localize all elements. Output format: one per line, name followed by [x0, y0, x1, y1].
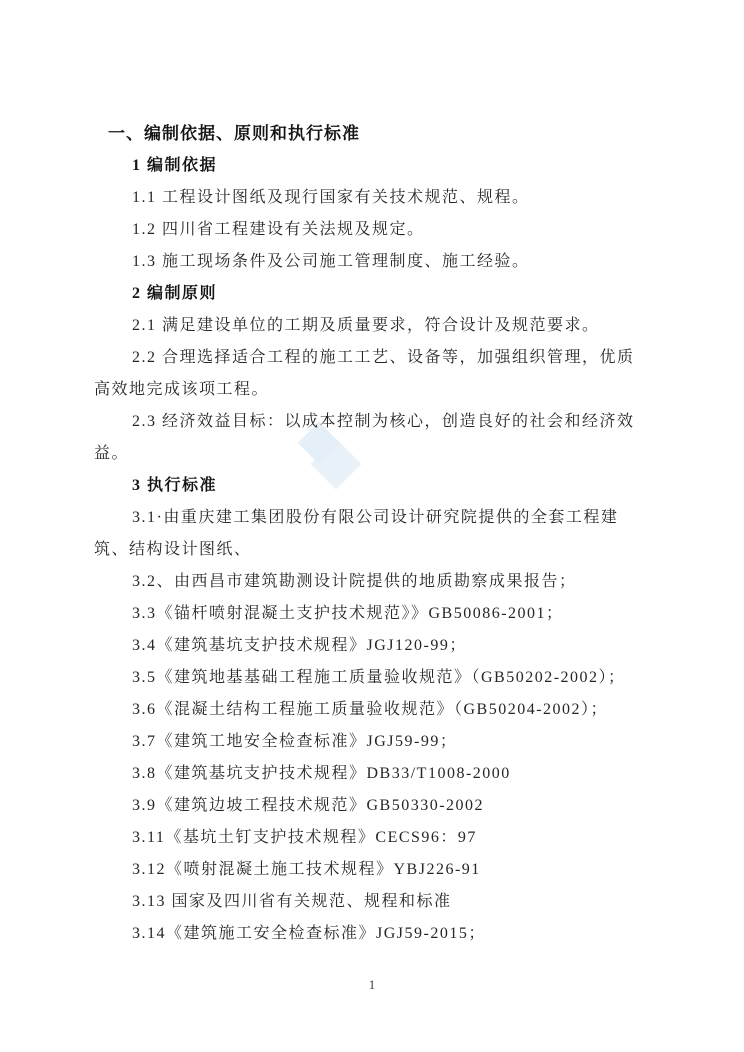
document-page: 一、编制依据、原则和执行标准 1 编制依据 1.1 工程设计图纸及现行国家有关技… [0, 0, 744, 1052]
document-body: 一、编制依据、原则和执行标准 1 编制依据 1.1 工程设计图纸及现行国家有关技… [94, 118, 646, 950]
section-compilation-principles: 2 编制原则 2.1 满足建设单位的工期及质量要求，符合设计及规范要求。 2.2… [94, 278, 646, 470]
paragraph: 3.7《建筑工地安全检查标准》JGJ59-99； [94, 726, 646, 758]
paragraph: 3.14《建筑施工安全检查标准》JGJ59-2015； [94, 918, 646, 950]
paragraph: 2.2 合理选择适合工程的施工工艺、设备等，加强组织管理，优质高效地完成该项工程… [94, 342, 646, 406]
paragraph: 3.9《建筑边坡工程技术规范》GB50330-2002 [94, 790, 646, 822]
paragraph: 1.2 四川省工程建设有关法规及规定。 [94, 214, 646, 246]
paragraph: 3.3《锚杆喷射混凝土支护技术规范》》GB50086-2001； [94, 598, 646, 630]
paragraph: 1.3 施工现场条件及公司施工管理制度、施工经验。 [94, 246, 646, 278]
paragraph: 3.6《混凝土结构工程施工质量验收规范》（GB50204-2002）； [94, 694, 646, 726]
paragraph: 3.12《喷射混凝土施工技术规程》YBJ226-91 [94, 854, 646, 886]
section-heading: 1 编制依据 [94, 150, 646, 182]
paragraph: 3.2、由西昌市建筑勘测设计院提供的地质勘察成果报告； [94, 566, 646, 598]
paragraph: 1.1 工程设计图纸及现行国家有关技术规范、规程。 [94, 182, 646, 214]
paragraph: 2.3 经济效益目标：以成本控制为核心，创造良好的社会和经济效益。 [94, 406, 646, 470]
document-title: 一、编制依据、原则和执行标准 [94, 118, 646, 150]
paragraph: 3.11《基坑土钉支护技术规程》CECS96：97 [94, 822, 646, 854]
page-footer: 1 [0, 976, 744, 994]
section-compilation-basis: 1 编制依据 1.1 工程设计图纸及现行国家有关技术规范、规程。 1.2 四川省… [94, 150, 646, 278]
page-number: 1 [369, 977, 376, 992]
paragraph: 3.5《建筑地基基础工程施工质量验收规范》（GB50202-2002）； [94, 662, 646, 694]
section-execution-standards: 3 执行标准 3.1·由重庆建工集团股份有限公司设计研究院提供的全套工程建筑、结… [94, 470, 646, 950]
section-heading: 2 编制原则 [94, 278, 646, 310]
paragraph: 3.1·由重庆建工集团股份有限公司设计研究院提供的全套工程建筑、结构设计图纸、 [94, 502, 646, 566]
paragraph: 2.1 满足建设单位的工期及质量要求，符合设计及规范要求。 [94, 310, 646, 342]
paragraph: 3.4《建筑基坑支护技术规程》JGJ120-99； [94, 630, 646, 662]
paragraph: 3.13 国家及四川省有关规范、规程和标准 [94, 886, 646, 918]
section-heading: 3 执行标准 [94, 470, 646, 502]
paragraph: 3.8《建筑基坑支护技术规程》DB33/T1008-2000 [94, 758, 646, 790]
